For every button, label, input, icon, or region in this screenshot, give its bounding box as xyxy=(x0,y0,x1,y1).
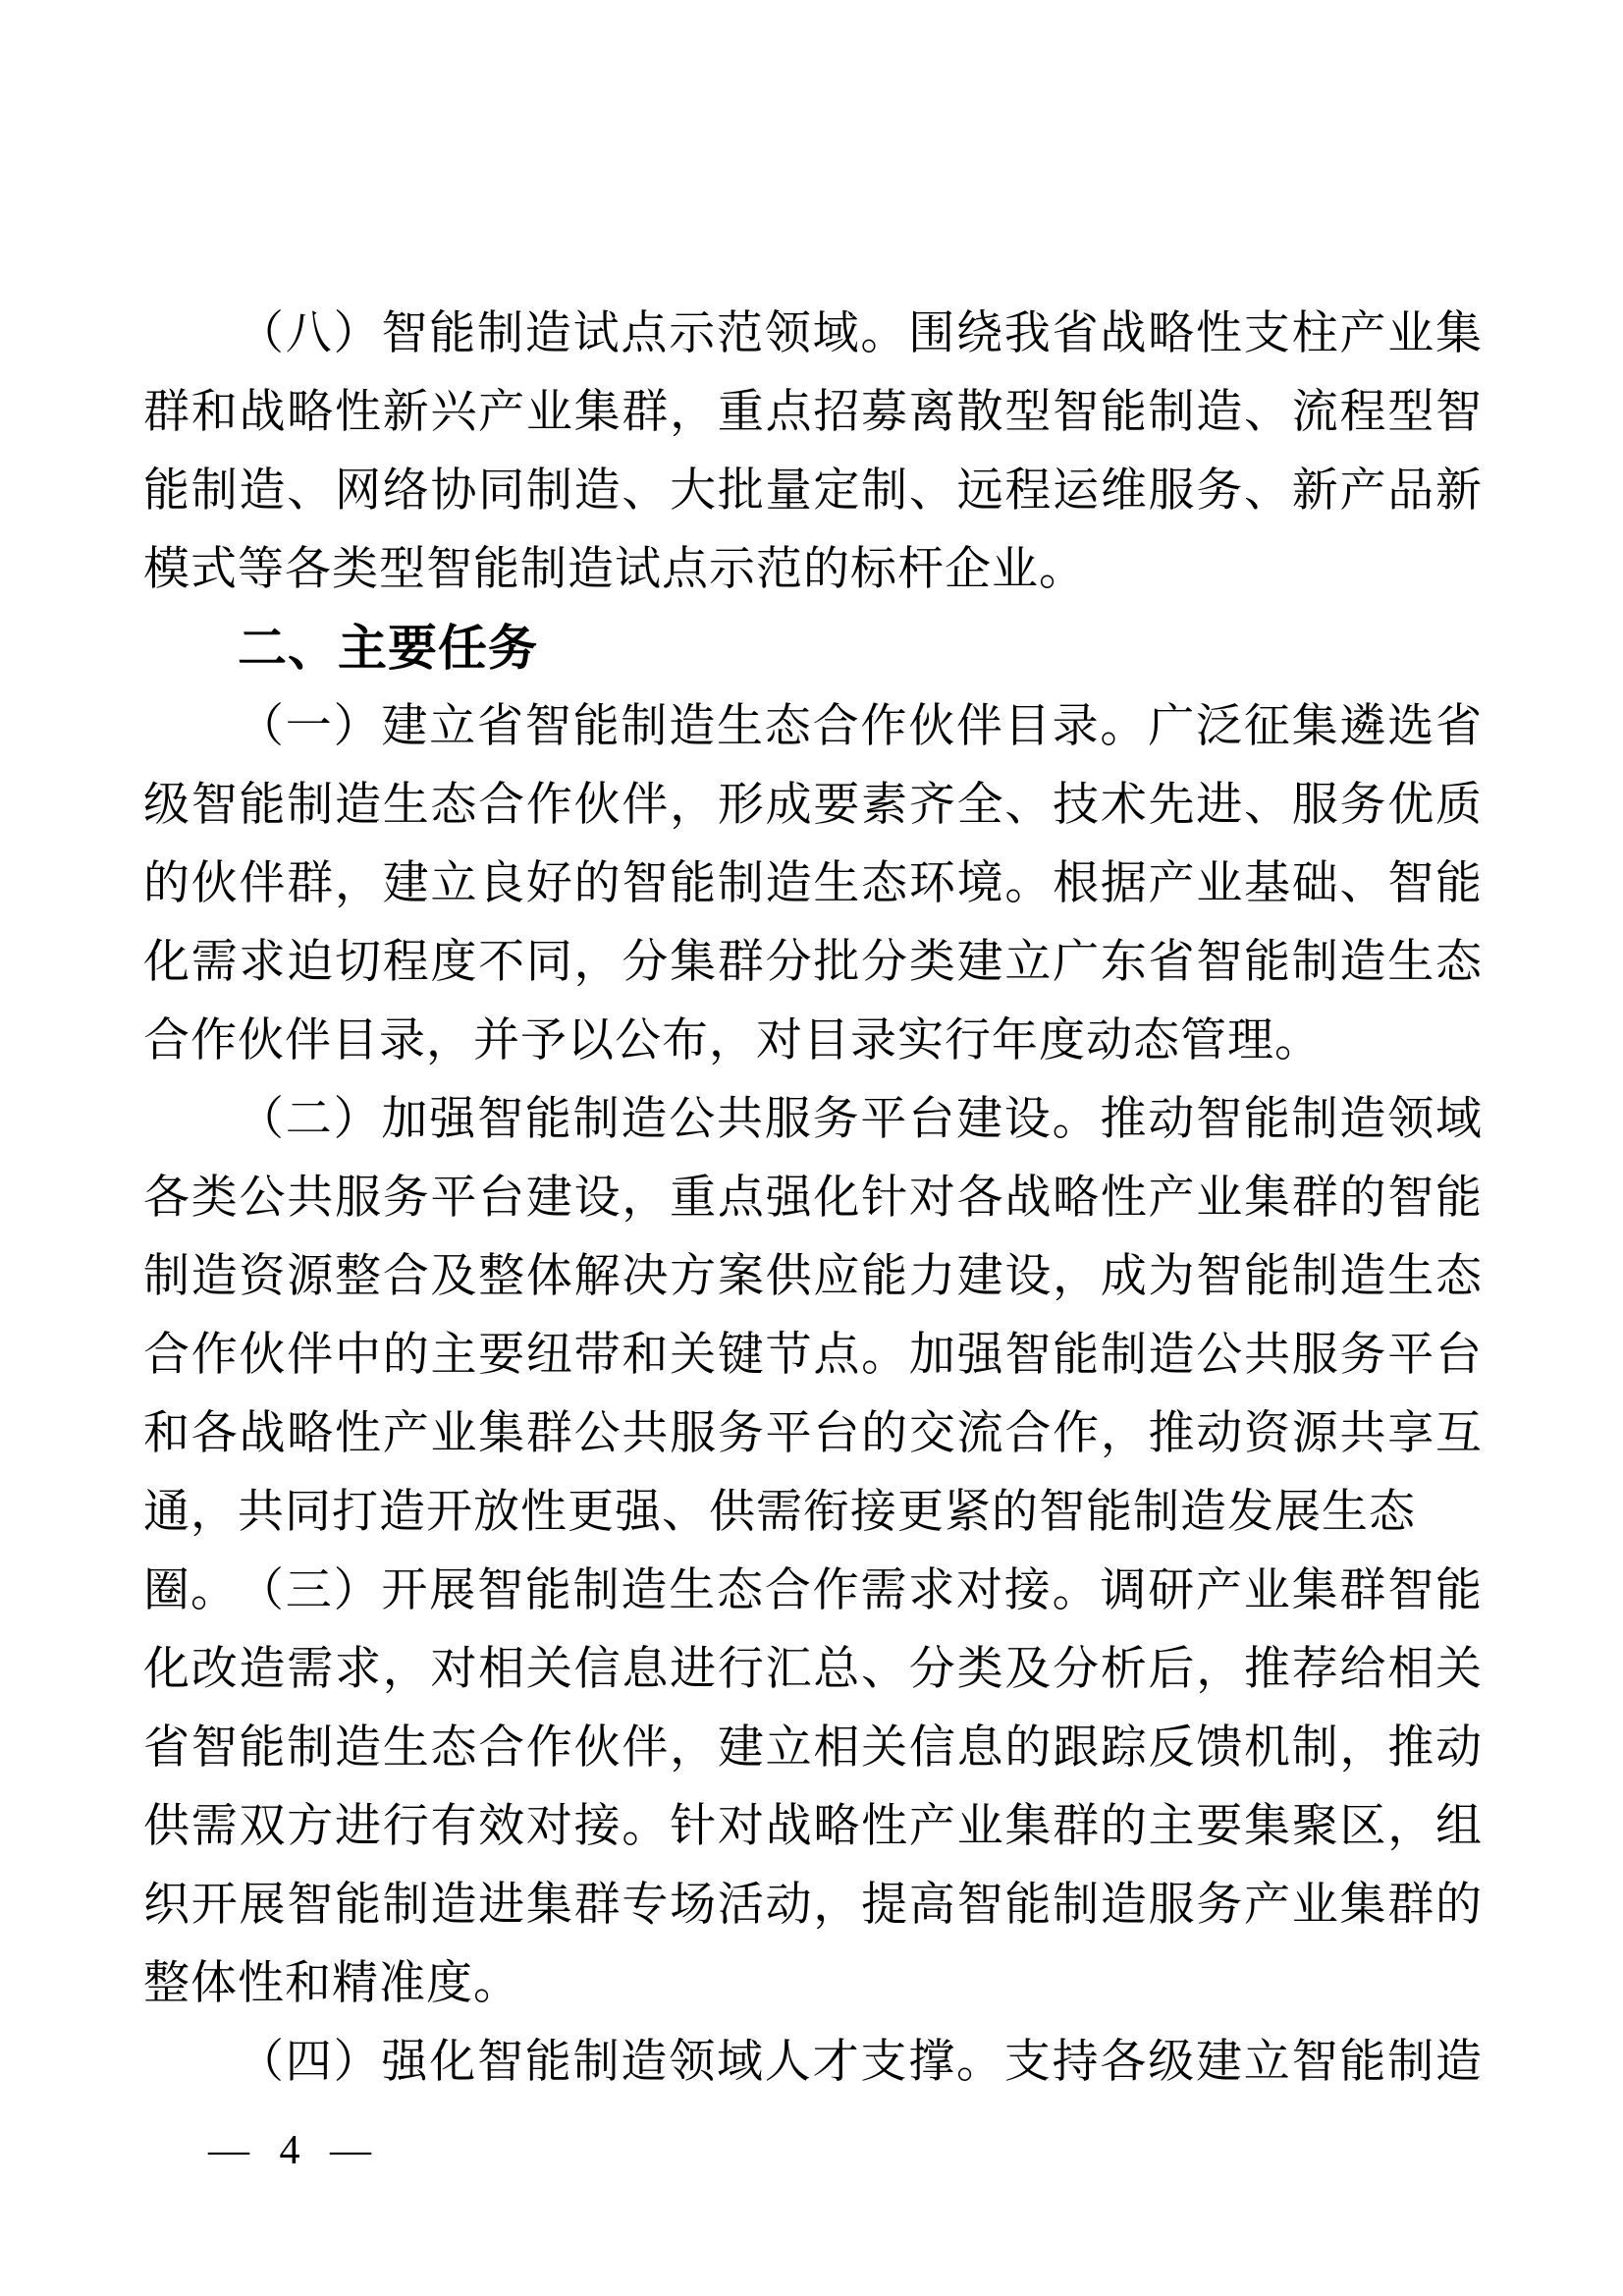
section-heading: 二、主要任务 xyxy=(143,609,1483,687)
text-line: 级智能制造生态合作伙伴，形成要素齐全、技术先进、服务优质 xyxy=(143,766,1483,845)
text-line: （四）强化智能制造领域人才支撑。支持各级建立智能制造 xyxy=(143,2023,1483,2102)
text-line: 合作伙伴目录，并予以公布，对目录实行年度动态管理。 xyxy=(143,1002,1483,1080)
text-line: 整体性和精准度。 xyxy=(143,1944,1483,2023)
text-line: 群和战略性新兴产业集群，重点招募离散型智能制造、流程型智 xyxy=(143,373,1483,452)
document-body: （八）智能制造试点示范领域。围绕我省战略性支柱产业集群和战略性新兴产业集群，重点… xyxy=(143,295,1483,2102)
text-line: 和各战略性产业集群公共服务平台的交流合作，推动资源共享互 xyxy=(143,1394,1483,1473)
document-page: （八）智能制造试点示范领域。围绕我省战略性支柱产业集群和战略性新兴产业集群，重点… xyxy=(0,0,1623,2296)
text-line: （二）加强智能制造公共服务平台建设。推动智能制造领域 xyxy=(143,1080,1483,1159)
text-line: 省智能制造生态合作伙伴，建立相关信息的跟踪反馈机制，推动 xyxy=(143,1709,1483,1787)
text-line: 织开展智能制造进集群专场活动，提高智能制造服务产业集群的 xyxy=(143,1866,1483,1944)
text-line: 化需求迫切程度不同，分集群分批分类建立广东省智能制造生态 xyxy=(143,923,1483,1002)
text-line: （三）开展智能制造生态合作需求对接。调研产业集群智能 xyxy=(143,1552,1483,1630)
text-line: （八）智能制造试点示范领域。围绕我省战略性支柱产业集 xyxy=(143,295,1483,373)
text-line: （一）建立省智能制造生态合作伙伴目录。广泛征集遴选省 xyxy=(143,687,1483,766)
page-number: — 4 — xyxy=(208,2128,381,2173)
page-footer: — 4 — xyxy=(208,2119,381,2182)
text-line: 供需双方进行有效对接。针对战略性产业集群的主要集聚区，组 xyxy=(143,1787,1483,1866)
text-line: 化改造需求，对相关信息进行汇总、分类及分析后，推荐给相关 xyxy=(143,1630,1483,1709)
text-line: 合作伙伴中的主要纽带和关键节点。加强智能制造公共服务平台 xyxy=(143,1316,1483,1394)
text-line: 通，共同打造开放性更强、供需衔接更紧的智能制造发展生态圈。 xyxy=(143,1473,1483,1552)
text-line: 模式等各类型智能制造试点示范的标杆企业。 xyxy=(143,530,1483,609)
text-line: 制造资源整合及整体解决方案供应能力建设，成为智能制造生态 xyxy=(143,1237,1483,1316)
text-line: 的伙伴群，建立良好的智能制造生态环境。根据产业基础、智能 xyxy=(143,845,1483,923)
text-line: 各类公共服务平台建设，重点强化针对各战略性产业集群的智能 xyxy=(143,1159,1483,1237)
text-line: 能制造、网络协同制造、大批量定制、远程运维服务、新产品新 xyxy=(143,452,1483,530)
